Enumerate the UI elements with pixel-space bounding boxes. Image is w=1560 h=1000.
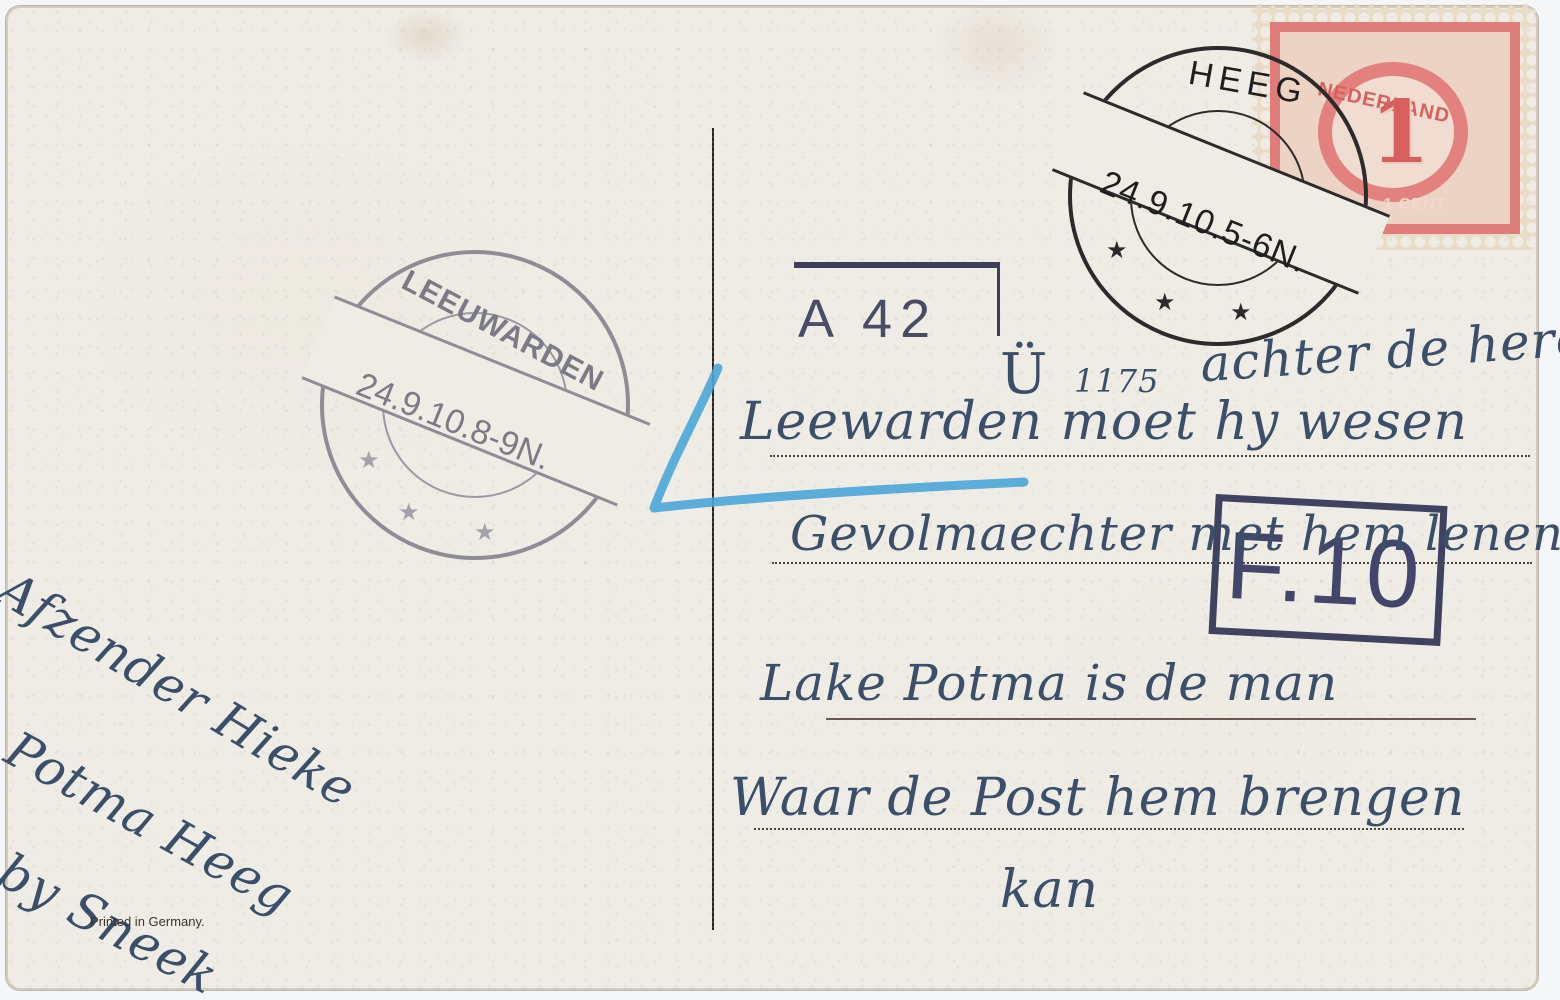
star-icon: ★ xyxy=(474,518,496,547)
address-line-1 xyxy=(770,455,1530,457)
address-line: Leewarden moet hy wesen xyxy=(740,392,1468,452)
address-line-3-underline xyxy=(826,718,1476,720)
star-icon: ★ xyxy=(1106,236,1128,265)
star-icon: ★ xyxy=(1230,298,1252,327)
address-line: Gevolmaechter met hem lenen xyxy=(790,506,1560,562)
star-icon: ★ xyxy=(398,498,420,527)
address-line: Lake Potma is de man xyxy=(760,654,1338,712)
address-divider-line xyxy=(712,128,714,930)
address-line: Waar de Post hem brengen xyxy=(730,768,1465,828)
star-icon: ★ xyxy=(1154,288,1176,317)
handstamp-a42: A 42 xyxy=(798,288,938,350)
address-line: kan xyxy=(1000,860,1099,920)
stamp-value: 1 xyxy=(1360,82,1440,183)
star-icon: ★ xyxy=(358,446,380,475)
address-line-4 xyxy=(754,828,1464,830)
printer-imprint: Printed in Germany. xyxy=(90,914,205,929)
